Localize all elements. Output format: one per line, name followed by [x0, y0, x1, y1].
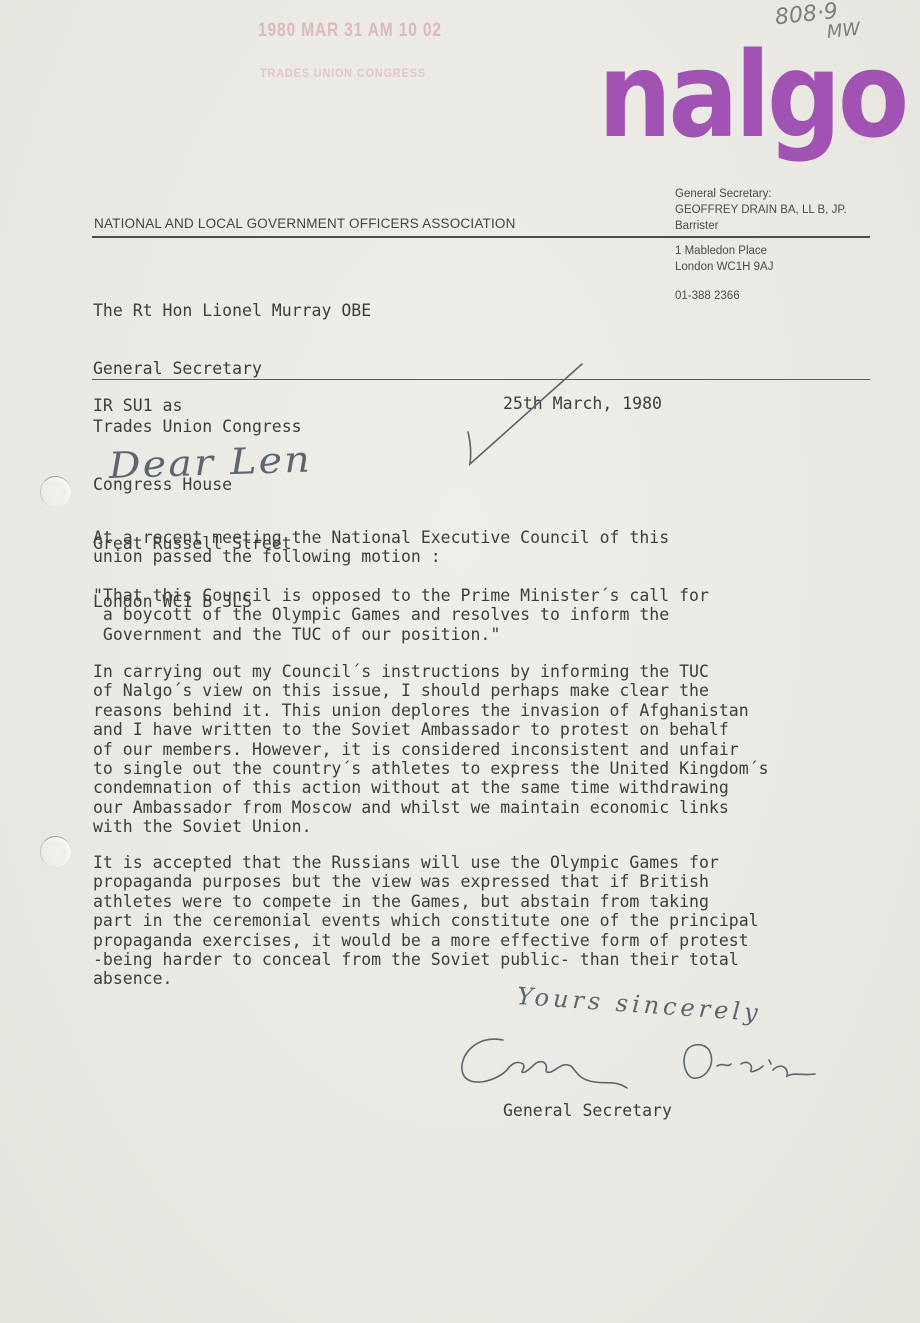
punch-hole [40, 836, 71, 867]
nalgo-logo: nalgo [598, 36, 906, 154]
sender-address-line-1: 1 Mabledon Place [675, 243, 773, 259]
organization-full-name: NATIONAL AND LOCAL GOVERNMENT OFFICERS A… [94, 216, 516, 231]
signature: Geoff Drain [455, 1030, 835, 1100]
sender-address: 1 Mabledon Place London WC1H 9AJ [675, 243, 773, 275]
reference-code: IR SU1 as [93, 396, 182, 415]
recipient-line: General Secretary [93, 359, 371, 378]
general-secretary-role: Barrister [675, 218, 847, 234]
salutation: Dear Len [108, 440, 313, 487]
signatory-title: General Secretary [503, 1101, 672, 1120]
received-stamp-organization: TRADES UNION CONGRESS [260, 66, 426, 80]
sender-address-line-2: London WC1H 9AJ [675, 259, 773, 275]
general-secretary-block: General Secretary: GEOFFREY DRAIN BA, LL… [675, 186, 847, 234]
body-paragraph: It is accepted that the Russians will us… [93, 853, 759, 989]
recipient-line: The Rt Hon Lionel Murray OBE [93, 301, 371, 320]
received-stamp-datetime: 1980 MAR 31 AM 10 02 [258, 20, 442, 42]
punch-hole [40, 476, 71, 507]
letterhead-divider [92, 236, 870, 238]
body-paragraph: At a recent meeting the National Executi… [93, 528, 669, 567]
recipient-line: Trades Union Congress [93, 417, 371, 436]
general-secretary-label: General Secretary: [675, 186, 847, 202]
motion-quote: "That this Council is opposed to the Pri… [93, 586, 709, 644]
sender-phone: 01-388 2366 [675, 290, 740, 302]
body-paragraph: In carrying out my Council´s instruction… [93, 662, 769, 837]
general-secretary-name: GEOFFREY DRAIN BA, LL B, JP. [675, 202, 847, 218]
checkmark-icon [462, 360, 592, 470]
